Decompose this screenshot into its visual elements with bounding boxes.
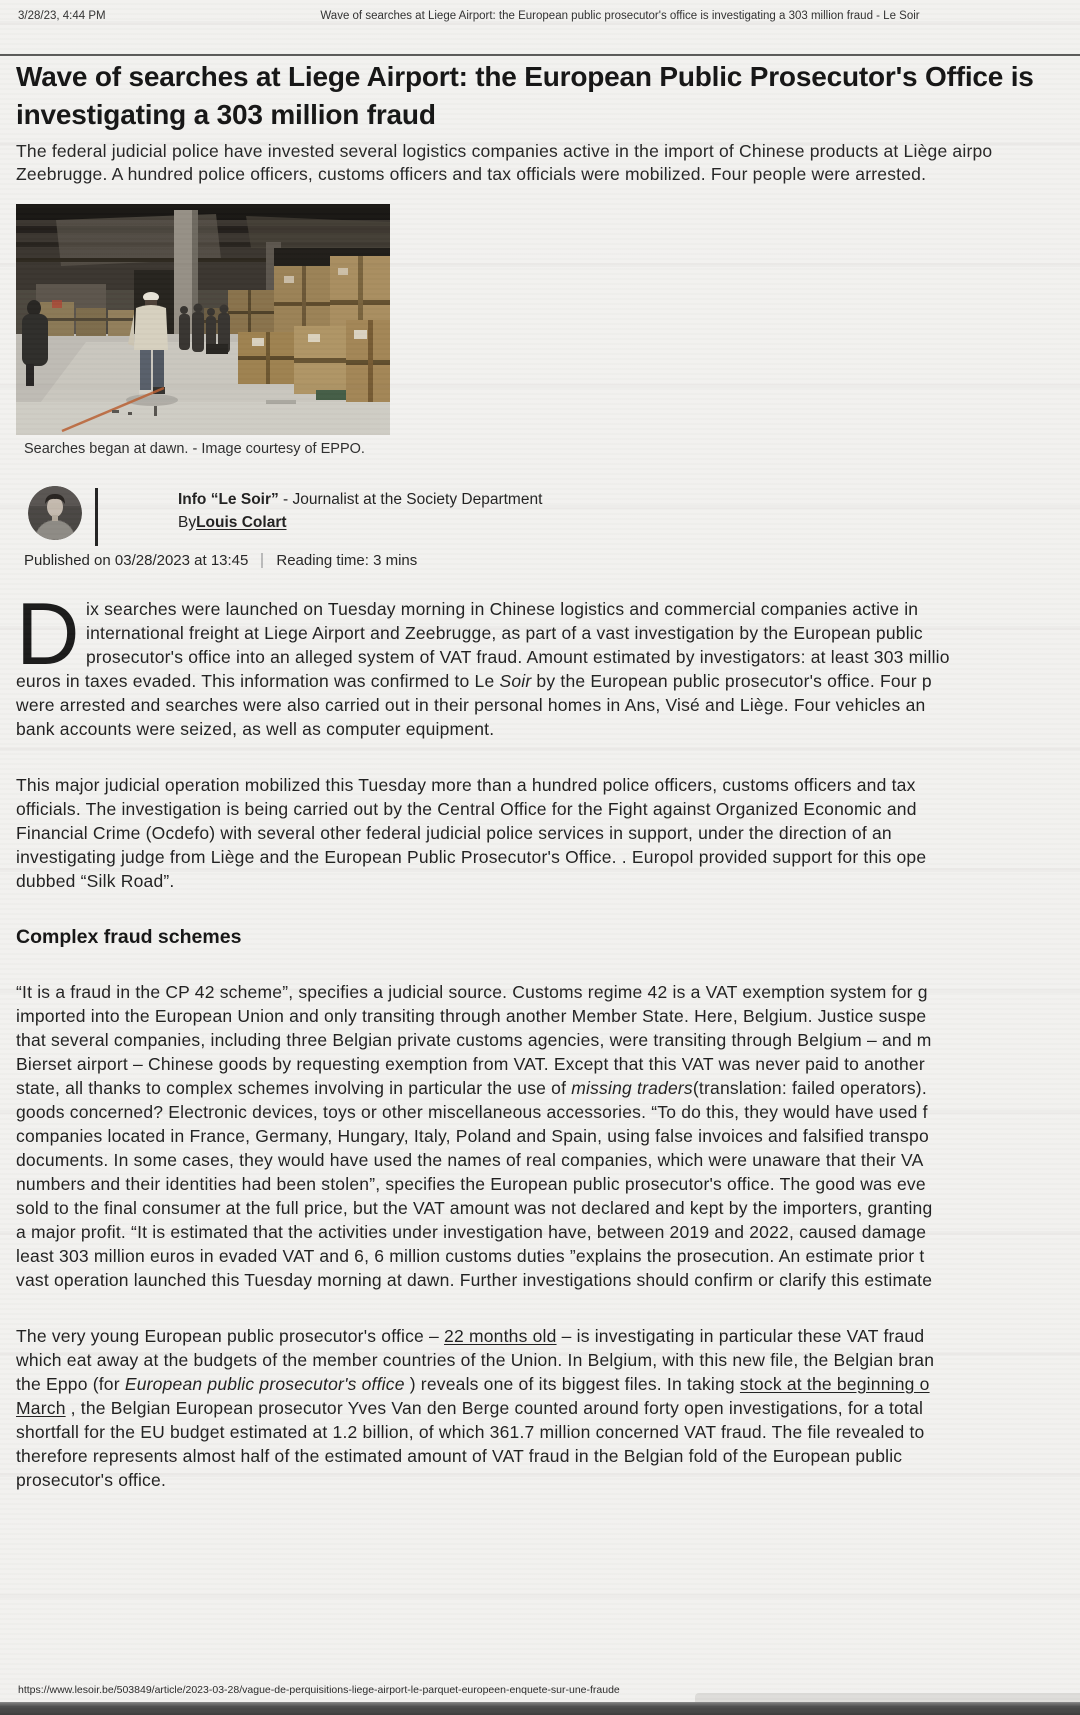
text-segment: Soir: [499, 671, 531, 691]
article-body: Dix searches were launched on Tuesday mo…: [16, 597, 1080, 1524]
article-line: Bierset airport – Chinese goods by reque…: [16, 1052, 1080, 1076]
article-line: shortfall for the EU budget estimated at…: [16, 1420, 1080, 1444]
text-segment: This major judicial operation mobilized …: [16, 775, 916, 795]
footer-url: https://www.lesoir.be/503849/article/202…: [18, 1684, 620, 1696]
text-segment: European public prosecutor's office: [125, 1374, 405, 1394]
text-segment: officials. The investigation is being ca…: [16, 799, 917, 819]
text-segment: a major profit. “It is estimated that th…: [16, 1222, 926, 1242]
text-segment: bank accounts were seized, as well as co…: [16, 719, 494, 739]
published-date: Published on 03/28/2023 at 13:45: [24, 552, 248, 569]
section-heading: Complex fraud schemes: [16, 925, 1080, 949]
text-segment: , the Belgian European prosecutor Yves V…: [66, 1398, 923, 1418]
text-segment: sold to the final consumer at the full p…: [16, 1198, 932, 1218]
drop-cap: D: [16, 597, 86, 669]
article-line: prosecutor's office.: [16, 1468, 1080, 1492]
text-segment: companies located in France, Germany, Hu…: [16, 1126, 929, 1146]
article-line: Financial Crime (Ocdefo) with several ot…: [16, 821, 1080, 845]
author-byline: ByLouis Colart: [178, 511, 542, 534]
article-headline: Wave of searches at Liege Airport: the E…: [16, 58, 1080, 134]
text-segment: by the European public prosecutor's offi…: [531, 671, 931, 691]
text-segment: the Eppo (for: [16, 1374, 125, 1394]
warehouse-photo-graphic: [16, 204, 390, 435]
article-line: a major profit. “It is estimated that th…: [16, 1220, 1080, 1244]
text-segment: least 303 million euros in evaded VAT an…: [16, 1246, 924, 1266]
inline-link[interactable]: 22 months old: [444, 1326, 557, 1346]
article-paragraph: Dix searches were launched on Tuesday mo…: [16, 597, 1080, 741]
avatar: [28, 486, 82, 540]
author-block: Info “Le Soir” - Journalist at the Socie…: [178, 488, 542, 534]
text-segment: dubbed “Silk Road”.: [16, 871, 174, 891]
text-segment: shortfall for the EU budget estimated at…: [16, 1422, 925, 1442]
text-segment: investigating judge from Liège and the E…: [16, 847, 926, 867]
lede-line: The federal judicial police have investe…: [16, 140, 1080, 163]
text-segment: (translation: failed operators).: [693, 1078, 927, 1098]
printed-article-page: 3/28/23, 4:44 PM Wave of searches at Lie…: [0, 0, 1080, 1715]
author-portrait: [28, 486, 82, 540]
article-line: international freight at Liege Airport a…: [16, 621, 1080, 645]
inline-link[interactable]: March: [16, 1398, 66, 1418]
text-segment: – is investigating in particular these V…: [557, 1326, 925, 1346]
text-segment: therefore represents almost half of the …: [16, 1446, 902, 1466]
article-line: vast operation launched this Tuesday mor…: [16, 1268, 1080, 1292]
text-segment: international freight at Liege Airport a…: [86, 623, 923, 643]
inline-link[interactable]: stock at the beginning o: [740, 1374, 930, 1394]
author-divider: [95, 488, 98, 546]
author-title-line: Info “Le Soir” - Journalist at the Socie…: [178, 488, 542, 511]
meta-divider: [261, 553, 263, 568]
text-segment: Bierset airport – Chinese goods by reque…: [16, 1054, 925, 1074]
article-line: documents. In some cases, they would hav…: [16, 1148, 1080, 1172]
article-line: goods concerned? Electronic devices, toy…: [16, 1100, 1080, 1124]
lede-line: Zeebrugge. A hundred police officers, cu…: [16, 163, 1080, 186]
article-photo: [16, 204, 390, 435]
print-page: { "print_header": { "datetime": "3/28/23…: [0, 0, 1080, 1715]
article-meta: Published on 03/28/2023 at 13:45 Reading…: [24, 552, 417, 569]
article-line: dubbed “Silk Road”.: [16, 869, 1080, 893]
text-segment: The very young European public prosecuto…: [16, 1326, 444, 1346]
article-line: were arrested and searches were also car…: [16, 693, 1080, 717]
reading-time: Reading time: 3 mins: [276, 552, 417, 569]
text-segment: prosecutor's office into an alleged syst…: [86, 647, 950, 667]
header-divider-rule: [0, 54, 1080, 56]
print-page-title: Wave of searches at Liege Airport: the E…: [0, 10, 1080, 22]
article-line: prosecutor's office into an alleged syst…: [16, 645, 1080, 669]
text-segment: prosecutor's office.: [16, 1470, 166, 1490]
text-segment: documents. In some cases, they would hav…: [16, 1150, 923, 1170]
text-segment: Financial Crime (Ocdefo) with several ot…: [16, 823, 892, 843]
headline-line: investigating a 303 million fraud: [16, 96, 1080, 134]
text-segment: which eat away at the budgets of the mem…: [16, 1350, 934, 1370]
text-segment: ) reveals one of its biggest files. In t…: [405, 1374, 740, 1394]
article-line: which eat away at the budgets of the mem…: [16, 1348, 1080, 1372]
article-line: state, all thanks to complex schemes inv…: [16, 1076, 1080, 1100]
print-header: 3/28/23, 4:44 PM Wave of searches at Lie…: [0, 10, 1080, 30]
article-line: numbers and their identities had been st…: [16, 1172, 1080, 1196]
article-paragraph: The very young European public prosecuto…: [16, 1324, 1080, 1492]
article-line: The very young European public prosecuto…: [16, 1324, 1080, 1348]
text-segment: state, all thanks to complex schemes inv…: [16, 1078, 571, 1098]
text-segment: numbers and their identities had been st…: [16, 1174, 926, 1194]
text-segment: vast operation launched this Tuesday mor…: [16, 1270, 932, 1290]
text-segment: imported into the European Union and onl…: [16, 1006, 926, 1026]
article-lede: The federal judicial police have investe…: [16, 140, 1080, 186]
article-line: “It is a fraud in the CP 42 scheme”, spe…: [16, 980, 1080, 1004]
article-line: the Eppo (for European public prosecutor…: [16, 1372, 1080, 1396]
text-segment: euros in taxes evaded. This information …: [16, 671, 499, 691]
article-line: euros in taxes evaded. This information …: [16, 669, 1080, 693]
article-line: bank accounts were seized, as well as co…: [16, 717, 1080, 741]
article-line: March , the Belgian European prosecutor …: [16, 1396, 1080, 1420]
text-segment: were arrested and searches were also car…: [16, 695, 925, 715]
article-paragraph: This major judicial operation mobilized …: [16, 773, 1080, 893]
text-segment: goods concerned? Electronic devices, toy…: [16, 1102, 928, 1122]
text-segment: that several companies, including three …: [16, 1030, 932, 1050]
article-line: sold to the final consumer at the full p…: [16, 1196, 1080, 1220]
photo-caption: Searches began at dawn. - Image courtesy…: [24, 441, 365, 457]
article-line: imported into the European Union and onl…: [16, 1004, 1080, 1028]
article-line: therefore represents almost half of the …: [16, 1444, 1080, 1468]
article-line: This major judicial operation mobilized …: [16, 773, 1080, 797]
author-name: Info “Le Soir”: [178, 491, 279, 508]
article-line: ix searches were launched on Tuesday mor…: [16, 597, 1080, 621]
headline-line: Wave of searches at Liege Airport: the E…: [16, 58, 1080, 96]
author-link[interactable]: Louis Colart: [196, 514, 286, 531]
bottom-window-bar: [0, 1702, 1080, 1715]
article-line: companies located in France, Germany, Hu…: [16, 1124, 1080, 1148]
bottom-bar-shadow: [695, 1693, 1080, 1702]
text-segment: “It is a fraud in the CP 42 scheme”, spe…: [16, 982, 928, 1002]
text-segment: missing traders: [571, 1078, 693, 1098]
article-paragraph: “It is a fraud in the CP 42 scheme”, spe…: [16, 980, 1080, 1292]
byline-prefix: By: [178, 514, 196, 531]
article-line: officials. The investigation is being ca…: [16, 797, 1080, 821]
article-line: that several companies, including three …: [16, 1028, 1080, 1052]
text-segment: ix searches were launched on Tuesday mor…: [86, 599, 918, 619]
article-line: investigating judge from Liège and the E…: [16, 845, 1080, 869]
article-line: least 303 million euros in evaded VAT an…: [16, 1244, 1080, 1268]
author-role: - Journalist at the Society Department: [279, 491, 543, 508]
